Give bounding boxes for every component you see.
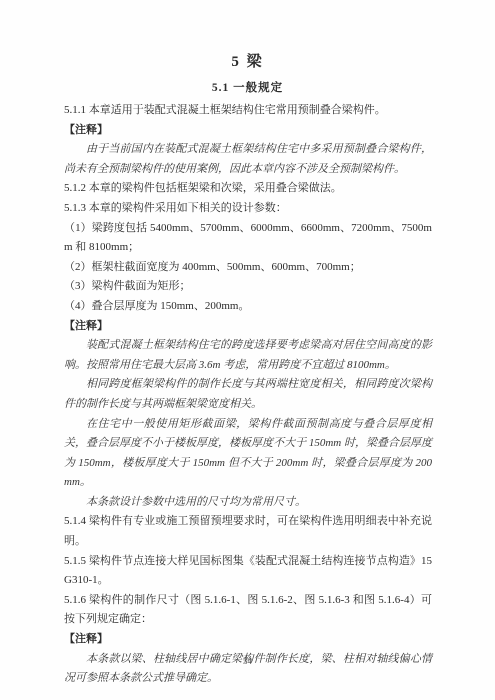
list-item-paragraph: （4）叠合层厚度为 150mm、200mm。 bbox=[64, 297, 432, 317]
list-item-paragraph: （1）梁跨度包括 5400mm、5700mm、6000mm、6600mm、720… bbox=[64, 219, 432, 258]
note-label: 【注释】 bbox=[64, 630, 432, 650]
list-item-paragraph: （2）框架柱截面宽度为 400mm、500mm、600mm、700mm； bbox=[64, 258, 432, 278]
clause-paragraph: 5.1.5 梁构件节点连接大样见国标图集《装配式混凝土结构连接节点构造》15G3… bbox=[64, 552, 432, 591]
note-paragraph: 装配式混凝土框架结构住宅的跨度选择要考虑梁高对居住空间高度的影响。按照常用住宅最… bbox=[64, 336, 432, 375]
note-label: 【注释】 bbox=[64, 121, 432, 141]
note-label: 【注释】 bbox=[64, 317, 432, 337]
clause-paragraph: 5.1.3 本章的梁构件采用如下相关的设计参数： bbox=[64, 199, 432, 219]
document-page: 5 梁 5.1 一般规定 5.1.1 本章适用于装配式混凝土框架结构住宅常用预制… bbox=[0, 0, 495, 700]
chapter-title: 5 梁 bbox=[0, 0, 495, 72]
clause-paragraph: 5.1.2 本章的梁构件包括框架梁和次梁，采用叠合梁做法。 bbox=[64, 179, 432, 199]
page-number: 34 bbox=[0, 656, 495, 666]
clause-paragraph: 5.1.1 本章适用于装配式混凝土框架结构住宅常用预制叠合梁构件。 bbox=[64, 101, 432, 121]
list-item-paragraph: （3）梁构件截面为矩形； bbox=[64, 277, 432, 297]
note-paragraph: 相同跨度框架梁构件的制作长度与其两端柱宽度相关，相同跨度次梁构件的制作长度与其两… bbox=[64, 375, 432, 414]
note-paragraph: 由于当前国内在装配式混凝土框架结构住宅中多采用预制叠合梁构件，尚未有全预制梁构件… bbox=[64, 140, 432, 179]
note-paragraph: 本条款设计参数中选用的尺寸均为常用尺寸。 bbox=[64, 493, 432, 513]
clause-paragraph: 5.1.4 梁构件有专业或施工预留预埋要求时，可在梁构件选用明细表中补充说明。 bbox=[64, 512, 432, 551]
section-title: 5.1 一般规定 bbox=[0, 81, 495, 96]
document-body: 5.1.1 本章适用于装配式混凝土框架结构住宅常用预制叠合梁构件。【注释】由于当… bbox=[0, 101, 495, 689]
clause-paragraph: 5.1.6 梁构件的制作尺寸（图 5.1.6-1、图 5.1.6-2、图 5.1… bbox=[64, 591, 432, 630]
note-paragraph: 在住宅中一般使用矩形截面梁，梁构件截面预制高度与叠合层厚度相关，叠合层厚度不小于… bbox=[64, 415, 432, 493]
